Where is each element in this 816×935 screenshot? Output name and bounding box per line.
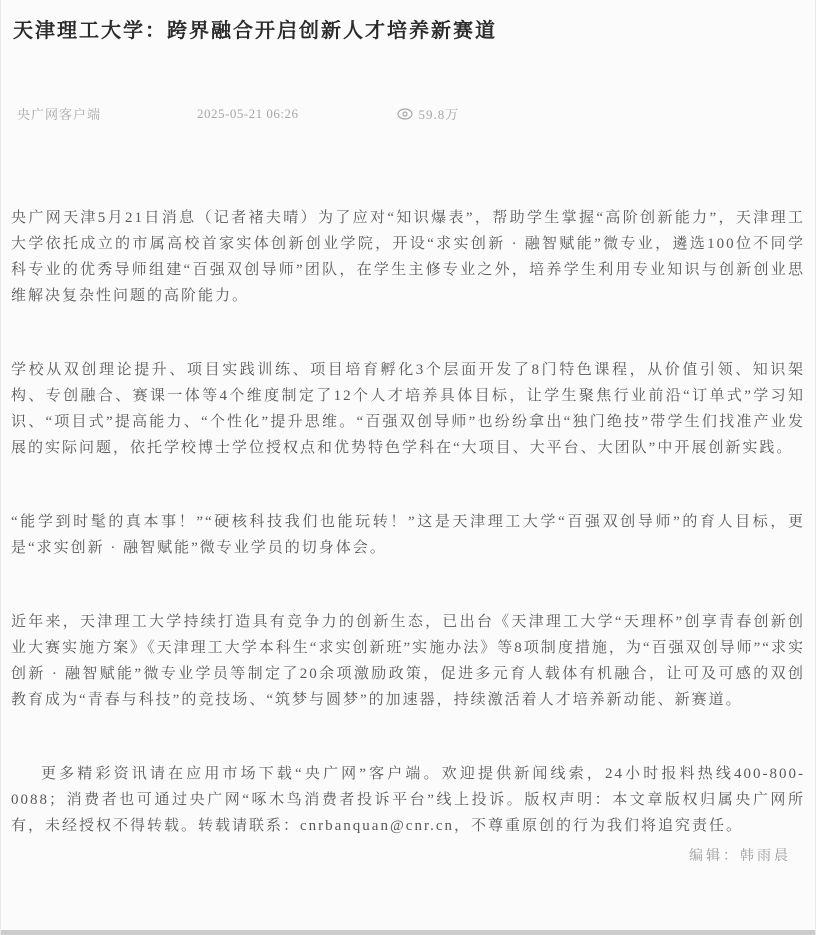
eye-icon <box>397 108 413 120</box>
editor-credit: 编辑：韩雨晨 <box>11 845 805 865</box>
article-meta: 央广网客户端 2025-05-21 06:26 59.8万 <box>17 104 805 123</box>
article-paragraph: “能学到时髦的真本事！”“硬核科技我们也能玩转！”这是天津理工大学“百强双创导师… <box>11 509 805 561</box>
copyright-notice: 更多精彩资讯请在应用市场下载“央广网”客户端。欢迎提供新闻线索，24小时报料热线… <box>11 761 805 839</box>
view-count: 59.8万 <box>397 104 460 123</box>
source-label[interactable]: 央广网客户端 <box>17 104 101 123</box>
article-paragraph: 近年来，天津理工大学持续打造具有竞争力的创新生态，已出台《天津理工大学“天理杯”… <box>11 609 805 713</box>
article-content-area: 天津理工大学：跨界融合开启创新人才培养新赛道 央广网客户端 2025-05-21… <box>1 0 815 865</box>
view-count-value: 59.8万 <box>419 104 460 123</box>
article-paragraph: 央广网天津5月21日消息（记者褚夫晴）为了应对“知识爆表”，帮助学生掌握“高阶创… <box>11 205 805 309</box>
page-title: 天津理工大学：跨界融合开启创新人才培养新赛道 <box>13 16 805 46</box>
publish-time: 2025-05-21 06:26 <box>197 106 299 122</box>
article-paragraph: 学校从双创理论提升、项目实践训练、项目培育孵化3个层面开发了8门特色课程，从价值… <box>11 357 805 461</box>
bottom-scrollbar[interactable] <box>1 930 815 935</box>
article-body: 央广网天津5月21日消息（记者褚夫晴）为了应对“知识爆表”，帮助学生掌握“高阶创… <box>11 205 805 839</box>
article-page: 天津理工大学：跨界融合开启创新人才培养新赛道 央广网客户端 2025-05-21… <box>0 0 816 935</box>
